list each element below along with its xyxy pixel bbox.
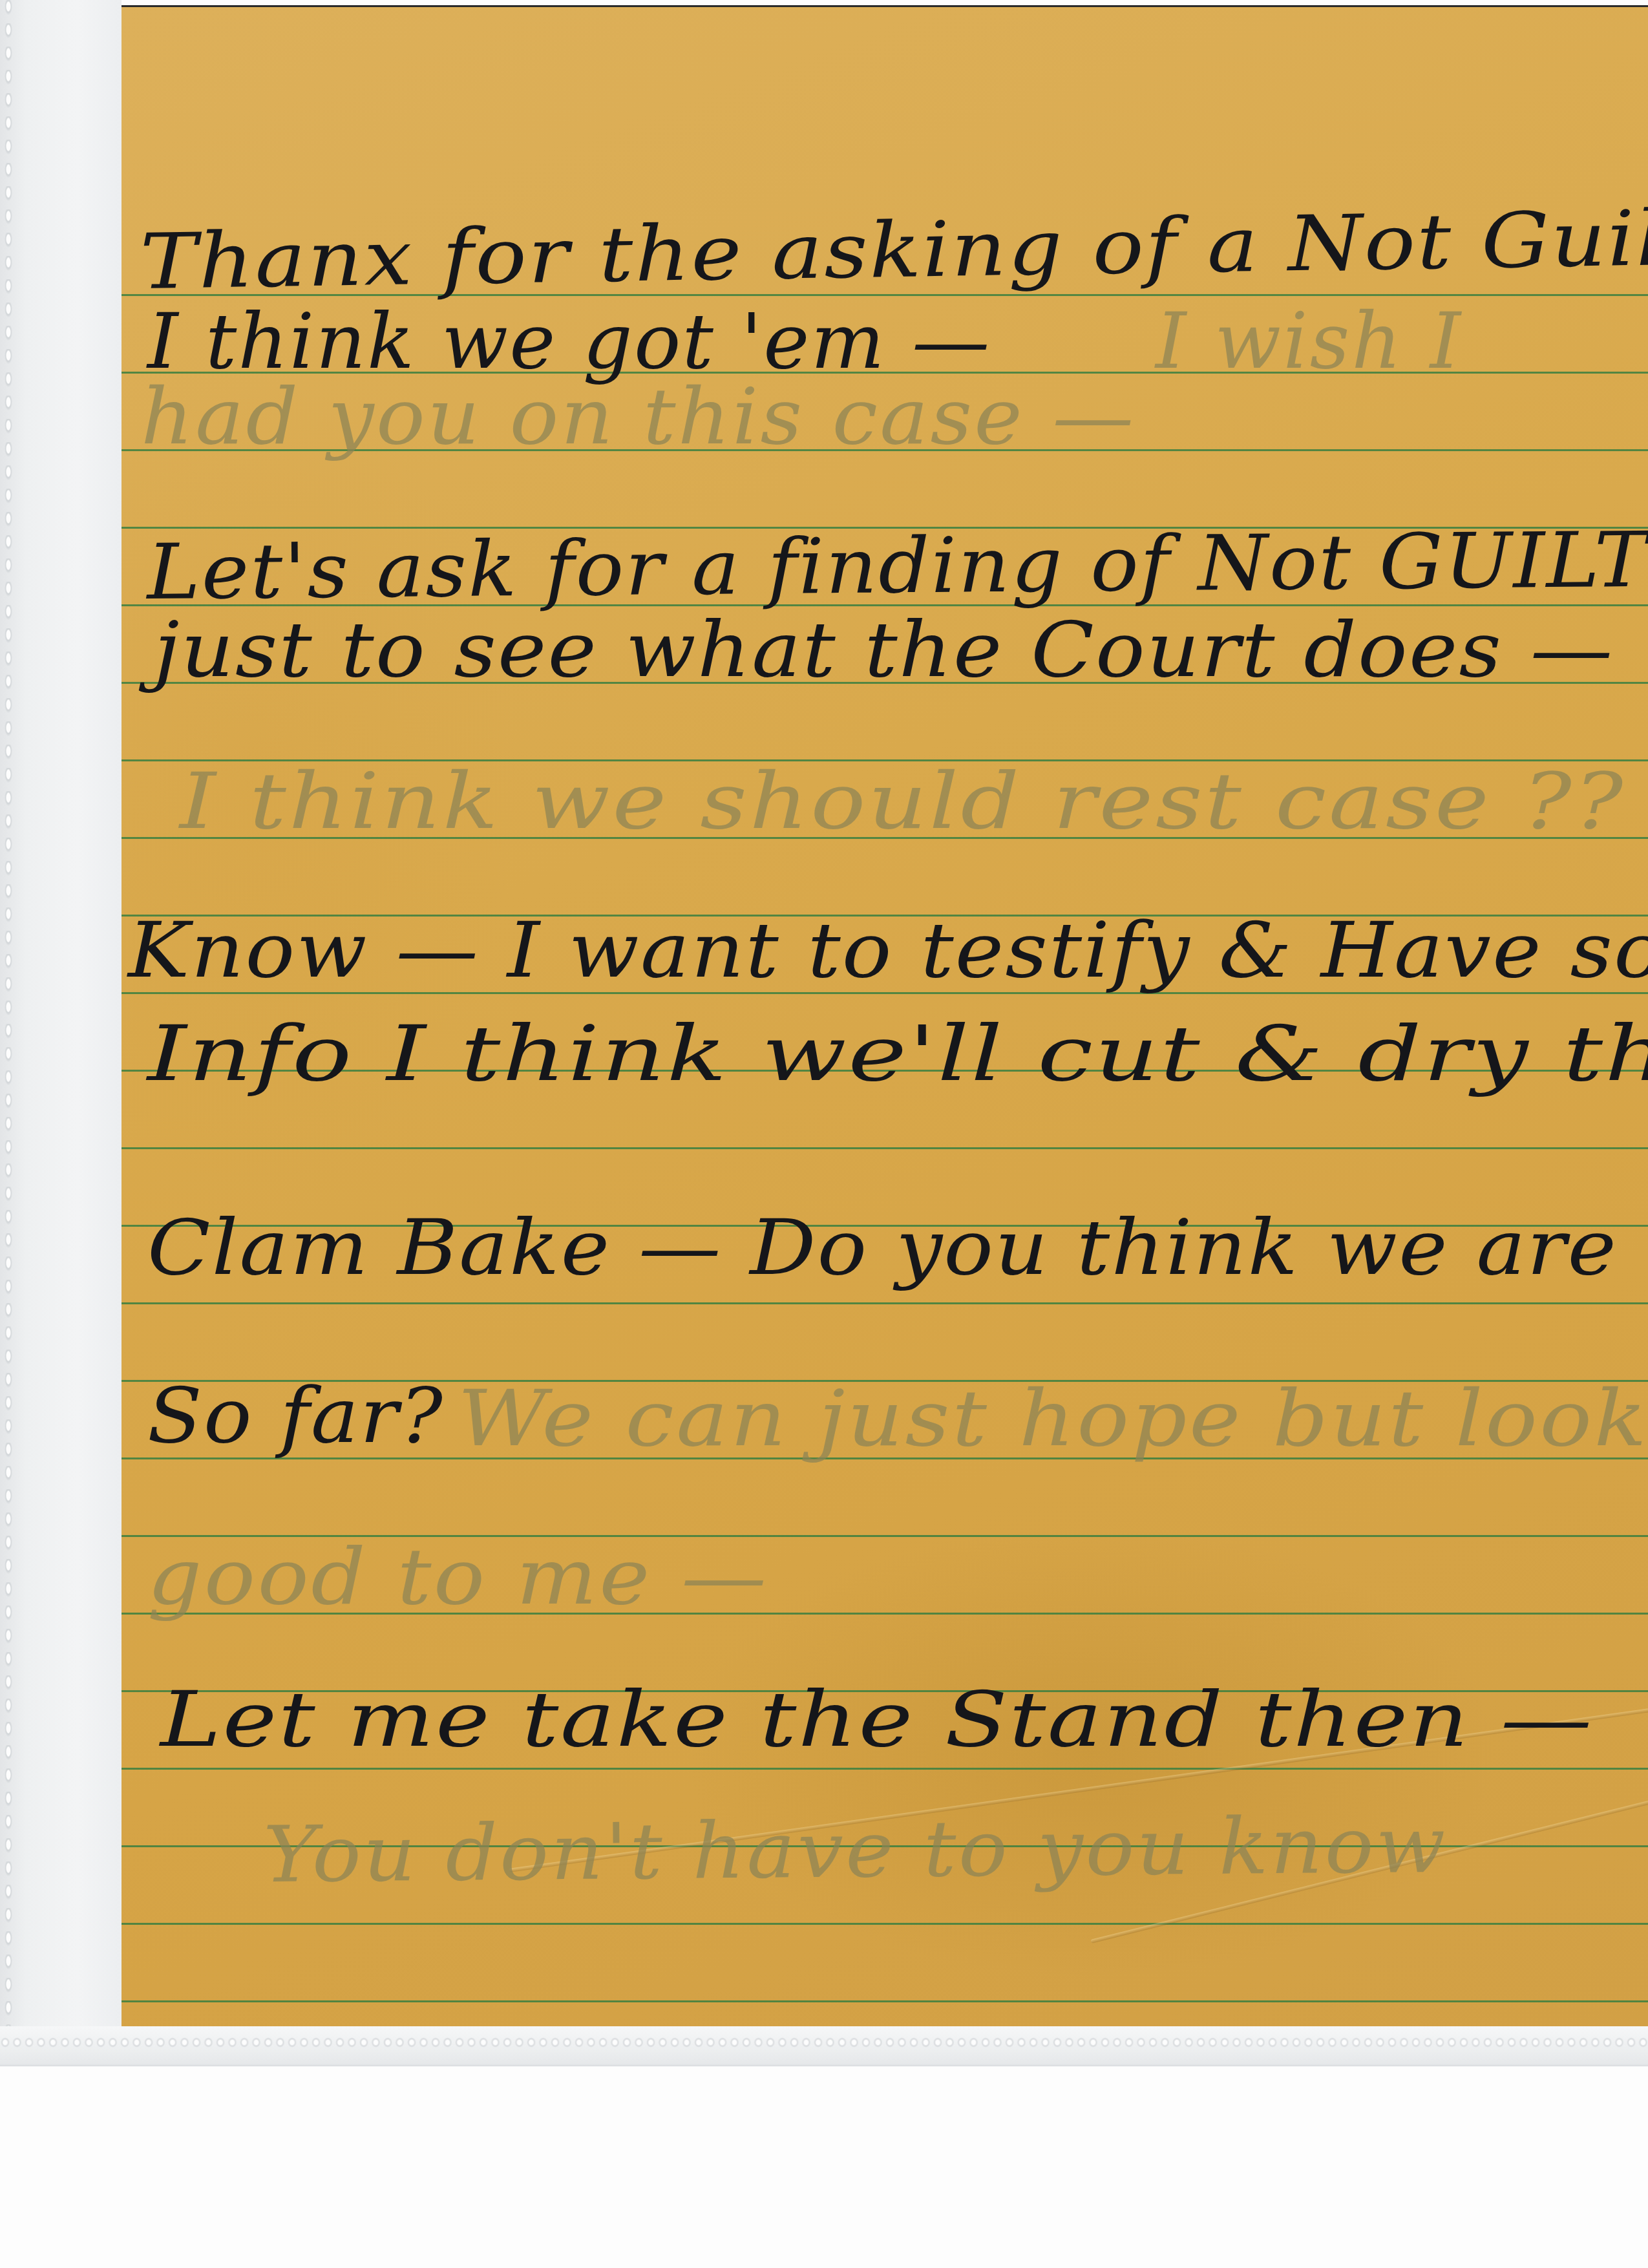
pencil-note-line-2: I wish I (1156, 303, 1463, 381)
sheet-protector-perforations-bottom (0, 2035, 1648, 2051)
handwritten-line-10: So far? (147, 1377, 444, 1454)
rule-line (121, 2000, 1648, 2002)
pencil-note-line-3: had you on this case — (141, 379, 1136, 456)
handwritten-line-2: I think we got 'em — (147, 303, 991, 379)
handwritten-line-5: just to see what the Court does — (154, 611, 1614, 688)
pencil-note-line-13: You don't have to you know (263, 1807, 1448, 1894)
sheet-protector-perforations-left (4, 0, 13, 2062)
pencil-note-line-6: I think we should rest case ?? (180, 763, 1625, 841)
rule-line (121, 1302, 1648, 1304)
handwritten-line-1: Thanx for the asking of a Not Guilty But (140, 196, 1648, 300)
rule-line (121, 1768, 1648, 1770)
legal-pad-page: Thanx for the asking of a Not Guilty But… (121, 5, 1648, 2026)
sheet-protector-left-edge (0, 0, 121, 2065)
scanned-page: Thanx for the asking of a Not Guilty But… (0, 0, 1648, 2268)
rule-line (121, 1923, 1648, 1925)
handwritten-line-9: Clam Bake — Do you think we are ok (147, 1209, 1648, 1286)
handwritten-line-12: Let me take the Stand then — (160, 1681, 1594, 1757)
handwritten-line-7: Know — I want to testify & Have some (128, 912, 1648, 988)
handwritten-line-8: Info I think we'll cut & dry this (147, 1015, 1648, 1092)
rule-line (121, 1147, 1648, 1149)
handwritten-line-4: Let's ask for a finding of Not GUILTY (147, 521, 1648, 610)
pencil-note-line-11: good to me — (147, 1539, 768, 1616)
pencil-note-line-10: We can just hope but looks (458, 1381, 1648, 1458)
